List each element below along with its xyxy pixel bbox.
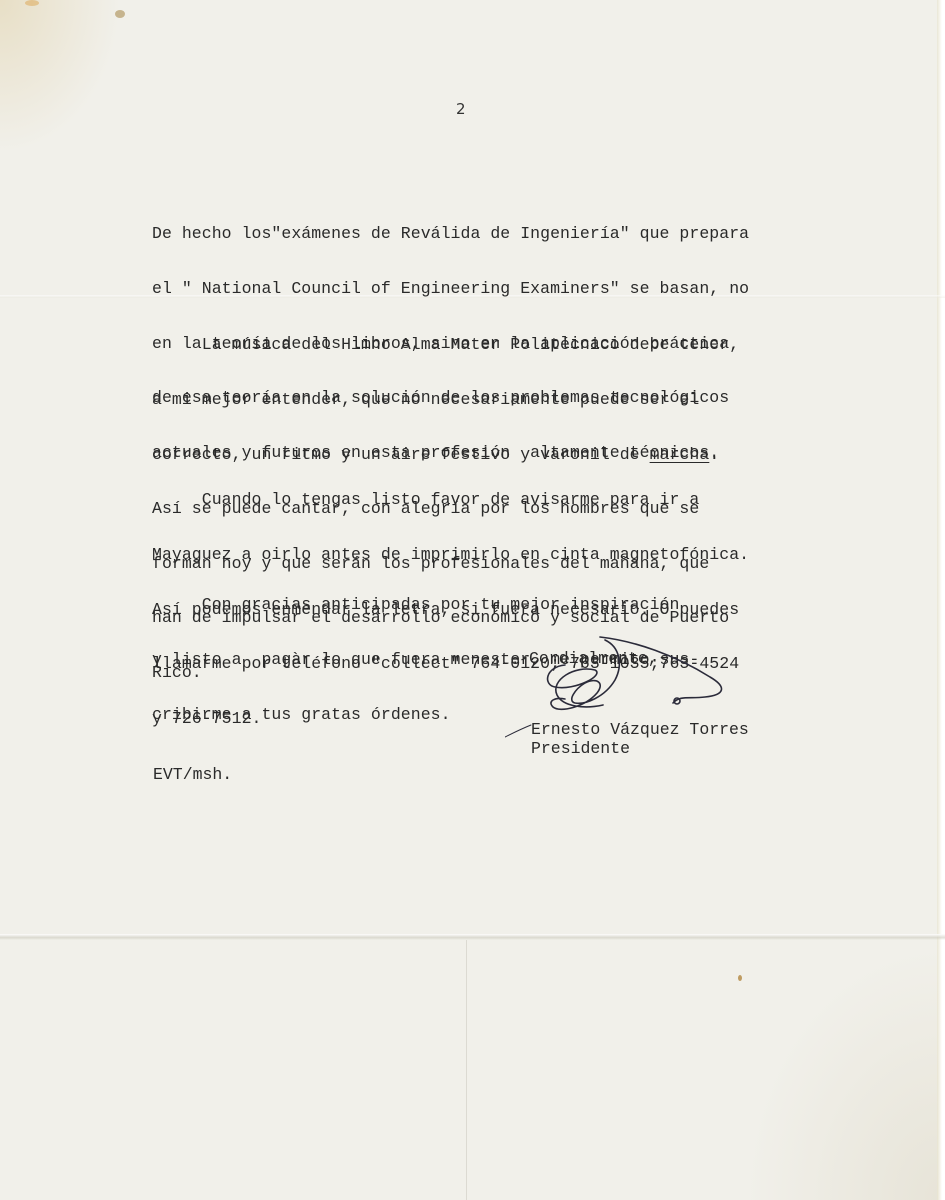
signature-block: Ernesto Vázquez Torres Presidente (531, 720, 749, 758)
paper-stain (738, 975, 742, 981)
text-line: Cuando lo tengas listo favor de avisarme… (152, 491, 749, 509)
page-edge (937, 0, 945, 1200)
text-line: La música del Himno Alma Mater Politécni… (152, 336, 739, 354)
reference-initials: EVT/msh. (153, 765, 232, 784)
signer-title: Presidente (531, 739, 749, 758)
paper-stain (115, 10, 125, 18)
letter-page: 2 De hecho los"exámenes de Reválida de I… (0, 0, 945, 1200)
text-line: Con gracias anticipadas por tu mejor ins… (152, 596, 699, 614)
paper-stain (25, 0, 39, 6)
text-line: De hecho los"exámenes de Reválida de Ing… (152, 225, 749, 243)
page-number: 2 (456, 100, 466, 118)
text-line: el " National Council of Engineering Exa… (152, 280, 749, 298)
signer-name: Ernesto Vázquez Torres (531, 720, 749, 739)
paper-crease-vertical (466, 940, 467, 1200)
paper-fold-lower (0, 934, 945, 940)
text-line: a mi mejor entender, que no necesariamen… (152, 391, 739, 409)
